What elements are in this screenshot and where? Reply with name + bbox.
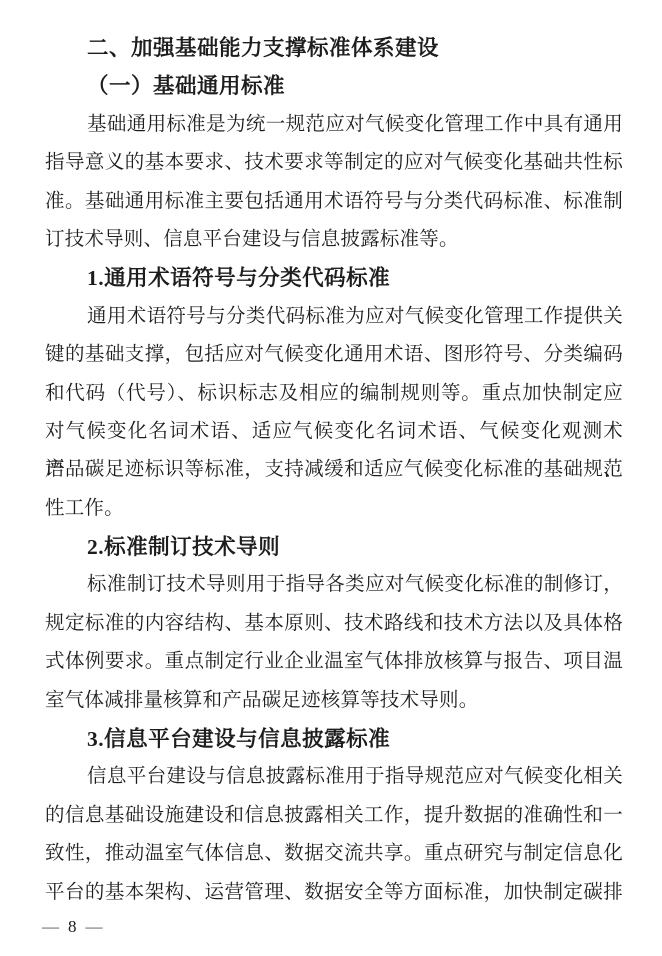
body-line: 指导意义的基本要求、技术要求等制定的应对气候变化基础共性标 [45, 144, 623, 182]
numbered-subheading-3: 3.信息平台建设与信息披露标准 [45, 720, 623, 758]
page-number-dash-right: — [86, 917, 103, 936]
body-line: 订技术导则、信息平台建设与信息披露标准等。 [45, 221, 623, 259]
body-line: 通用术语符号与分类代码标准为应对气候变化管理工作提供关 [45, 298, 623, 336]
page-number-dash-left: — [42, 917, 59, 936]
body-line: 式体例要求。重点制定行业企业温室气体排放核算与报告、项目温 [45, 643, 623, 681]
section-heading: 二、加强基础能力支撑标准体系建设 [45, 29, 623, 67]
body-line: 键的基础支撑，包括应对气候变化通用术语、图形符号、分类编码 [45, 336, 623, 374]
body-line: 致性，推动温室气体信息、数据交流共享。重点研究与制定信息化 [45, 835, 623, 873]
body-line: 平台的基本架构、运营管理、数据安全等方面标准，加快制定碳排 [45, 874, 623, 912]
body-line: 基础通用标准是为统一规范应对气候变化管理工作中具有通用 [45, 106, 623, 144]
body-line: 室气体减排量核算和产品碳足迹核算等技术导则。 [45, 682, 623, 720]
body-line: 信息平台建设与信息披露标准用于指导规范应对气候变化相关 [45, 758, 623, 796]
page-number: —8— [42, 912, 623, 942]
numbered-subheading-2: 2.标准制订技术导则 [45, 528, 623, 566]
body-line: 规定标准的内容结构、基本原则、技术路线和技术方法以及具体格 [45, 605, 623, 643]
body-line: 的信息基础设施建设和信息披露相关工作，提升数据的准确性和一 [45, 797, 623, 835]
subsection-heading: （一）基础通用标准 [45, 67, 623, 105]
body-line: 标准制订技术导则用于指导各类应对气候变化标准的制修订， [45, 566, 623, 604]
body-line: 对气候变化名词术语、适应气候变化名词术语、气候变化观测术语、 [45, 413, 623, 451]
page-number-value: 8 [68, 917, 77, 936]
numbered-subheading-1: 1.通用术语符号与分类代码标准 [45, 259, 623, 297]
body-line: 性工作。 [45, 490, 623, 528]
body-line: 产品碳足迹标识等标准，支持减缓和适应气候变化标准的基础规范 [45, 451, 623, 489]
document-page: 二、加强基础能力支撑标准体系建设 （一）基础通用标准 基础通用标准是为统一规范应… [0, 0, 662, 956]
body-line: 和代码（代号）、标识标志及相应的编制规则等。重点加快制定应 [45, 375, 623, 413]
body-line: 准。基础通用标准主要包括通用术语符号与分类代码标准、标准制 [45, 183, 623, 221]
